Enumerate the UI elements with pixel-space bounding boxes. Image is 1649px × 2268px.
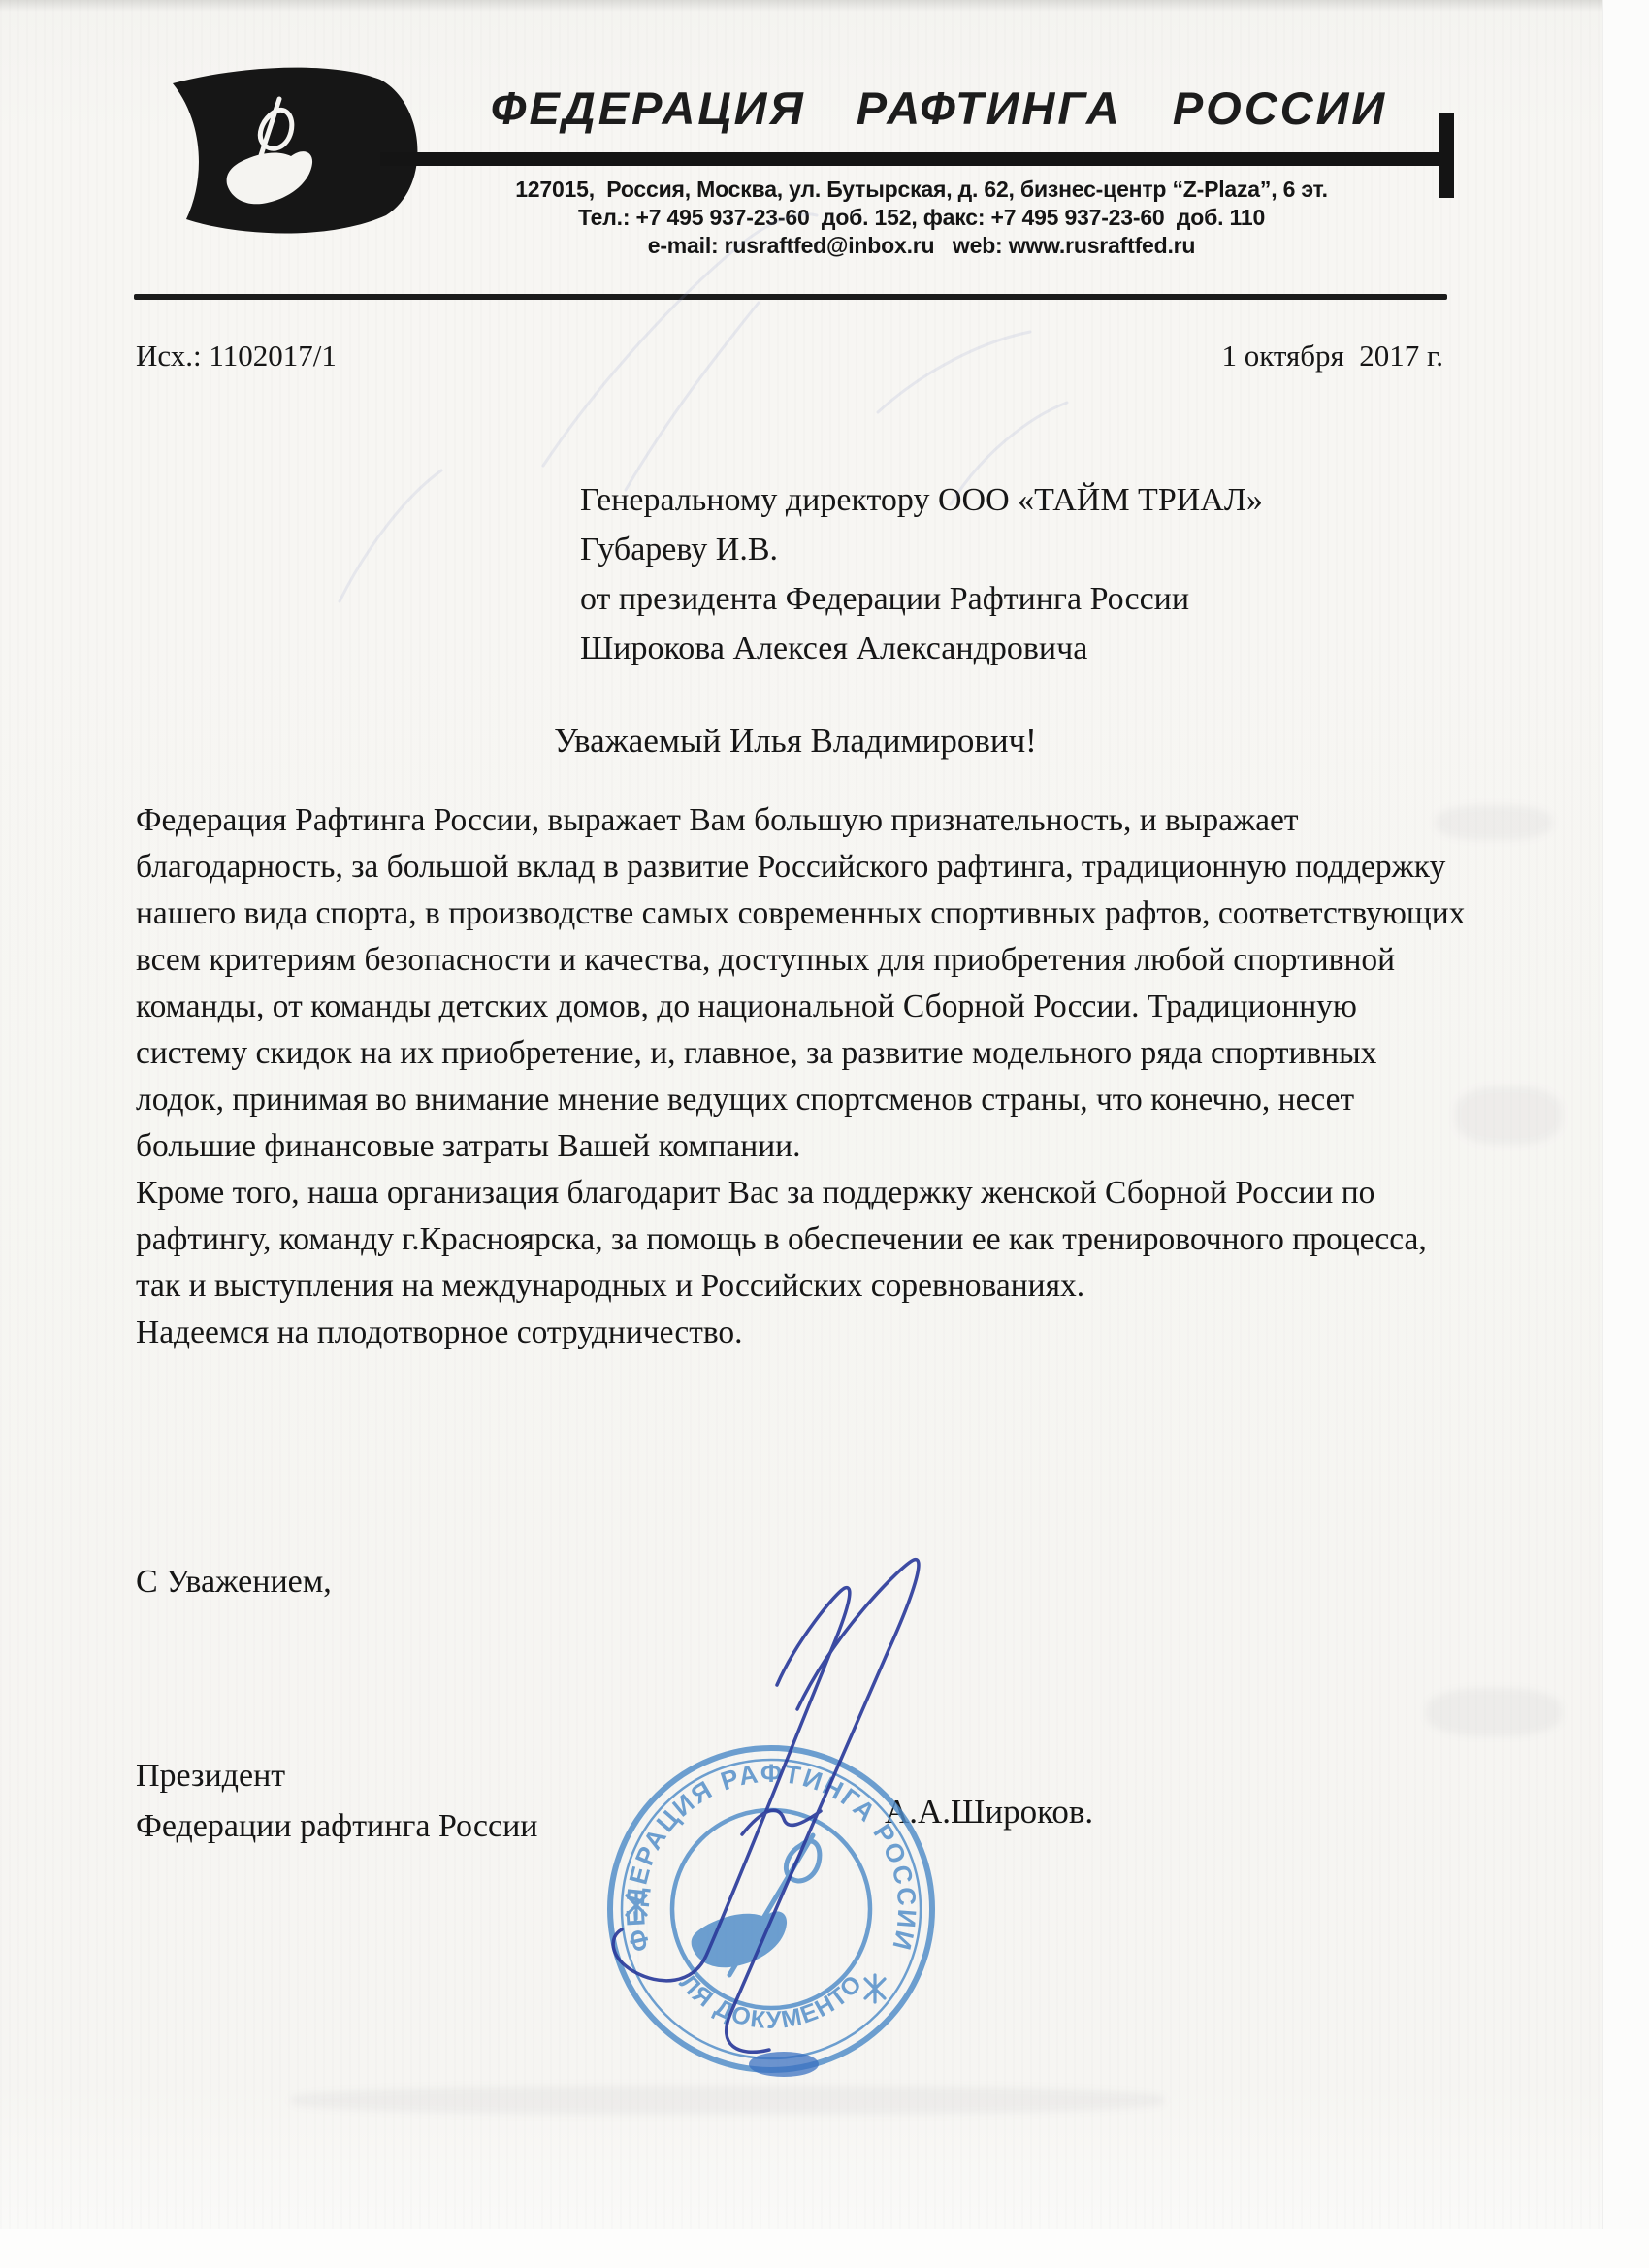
scan-edge-bottom: [0, 2229, 1649, 2268]
signer-title-line: Федерации рафтинга России: [136, 1801, 537, 1852]
addressee-block: Генеральному директору ООО «ТАЙМ ТРИАЛ» …: [580, 475, 1263, 673]
svg-text:ФЕДЕРАЦИЯ РАФТИНГА РОССИИ: ФЕДЕРАЦИЯ РАФТИНГА РОССИИ: [621, 1759, 922, 1955]
closing-regards: С Уважением,: [136, 1564, 332, 1601]
letterhead-rule-bar: [380, 152, 1441, 166]
header-separator-line: [134, 294, 1447, 300]
raft-paddle-icon: [692, 1835, 820, 1975]
addressee-line: Широкова Алексея Александровича: [580, 624, 1263, 673]
scan-smudge: [1426, 1688, 1562, 1736]
addressee-line: от президента Федерации Рафтинга России: [580, 574, 1263, 624]
org-phone-line: Тел.: +7 495 937-23-60 доб. 152, факс: +…: [407, 204, 1436, 232]
signature-ink: [613, 1560, 919, 2077]
salutation: Уважаемый Илья Владимирович!: [136, 722, 1455, 761]
letter-body: Федерация Рафтинга России, выражает Вам …: [136, 797, 1467, 1356]
reference-and-date-row: Исх.: 1102017/1 1 октября 2017 г.: [136, 339, 1443, 373]
stamp-inner-ring: [672, 1810, 870, 2008]
body-paragraph: Федерация Рафтинга России, выражает Вам …: [136, 797, 1467, 1170]
federation-flag-logo: [153, 60, 421, 241]
letterhead-contact-block: 127015, Россия, Москва, ул. Бутырская, д…: [407, 176, 1436, 260]
stamp-ring-text-top: ФЕДЕРАЦИЯ РАФТИНГА РОССИИ: [621, 1759, 922, 1955]
body-paragraph: Кроме того, наша организация благодарит …: [136, 1170, 1467, 1310]
org-email-web-line: e-mail: rusraftfed@inbox.ru web: www.rus…: [407, 232, 1436, 260]
star-icon: [627, 1892, 646, 1919]
star-icon: [865, 1975, 885, 2002]
scan-edge-top: [0, 0, 1649, 12]
stamp-middle-ring: [622, 1760, 921, 2058]
outgoing-number: Исх.: 1102017/1: [136, 339, 337, 373]
org-address-line: 127015, Россия, Москва, ул. Бутырская, д…: [407, 176, 1436, 204]
org-title: ФЕДЕРАЦИЯ РАФТИНГА РОССИИ: [438, 81, 1439, 135]
scan-smudge: [1455, 1086, 1562, 1145]
letterhead-rule-endcap: [1439, 113, 1454, 198]
signer-title-block: Президент Федерации рафтинга России: [136, 1751, 537, 1852]
addressee-line: Губареву И.В.: [580, 525, 1263, 574]
signer-name: А.А.Широков.: [885, 1793, 1093, 1831]
scanned-letter-page: ФЕДЕРАЦИЯ РАФТИНГА РОССИИ 127015, Россия…: [0, 0, 1649, 2268]
addressee-line: Генеральному директору ООО «ТАЙМ ТРИАЛ»: [580, 475, 1263, 525]
signer-title-line: Президент: [136, 1751, 537, 1801]
letter-date: 1 октября 2017 г.: [1221, 339, 1443, 373]
scan-edge-right: [1602, 0, 1649, 2268]
body-paragraph: Надеемся на плодотворное сотрудничество.: [136, 1310, 1467, 1356]
scan-smudge: [291, 2086, 1164, 2115]
